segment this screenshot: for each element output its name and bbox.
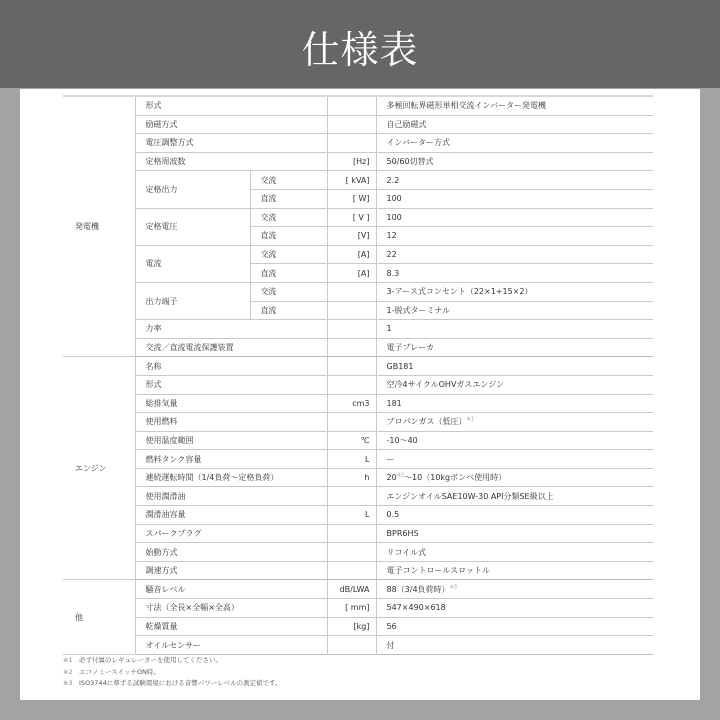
item-label: オイルセンサー bbox=[135, 636, 327, 655]
unit-label bbox=[327, 357, 376, 376]
table-row: 使用温度範囲 ℃ -10～40 bbox=[63, 431, 653, 450]
spec-value: 181 bbox=[376, 394, 653, 413]
footnote: ※2エコノミースイッチON時。 bbox=[63, 667, 282, 679]
spec-value: 0.5 bbox=[376, 506, 653, 525]
item-label: 電流 bbox=[135, 245, 250, 282]
value-text: ～10（10kgボンベ使用時） bbox=[404, 473, 506, 482]
item-label: 形式 bbox=[135, 96, 327, 115]
spec-value: 2.2 bbox=[376, 171, 653, 190]
category-engine: エンジン bbox=[63, 357, 135, 580]
header-banner: 仕様表 bbox=[0, 0, 720, 88]
table-row: 電流 交流 [A] 22 bbox=[63, 245, 653, 264]
spec-value: 100 bbox=[376, 189, 653, 208]
category-other: 他 bbox=[63, 580, 135, 654]
item-label: 出力端子 bbox=[135, 282, 250, 319]
table-row: 調速方式 電子コントロールスロットル bbox=[63, 561, 653, 580]
unit-label: L bbox=[327, 450, 376, 469]
table-row: 乾燥質量 [kg] 56 bbox=[63, 617, 653, 636]
footnote-ref: ※3 bbox=[450, 584, 457, 590]
unit-label bbox=[327, 282, 376, 301]
item-label: 交流／直流電流保護装置 bbox=[135, 338, 327, 357]
spec-value: 56 bbox=[376, 617, 653, 636]
unit-label: [ V ] bbox=[327, 208, 376, 227]
table-row: 電圧調整方式 インバーター方式 bbox=[63, 134, 653, 153]
unit-label: [Hz] bbox=[327, 152, 376, 171]
spec-value: BPR6HS bbox=[376, 524, 653, 543]
unit-label: cm3 bbox=[327, 394, 376, 413]
table-row: 連続運転時間（1/4負荷～定格負荷） h 20※2～10（10kgボンベ使用時） bbox=[63, 468, 653, 487]
footnote-ref: ※2 bbox=[397, 473, 404, 479]
spec-value: 20※2～10（10kgボンベ使用時） bbox=[376, 468, 653, 487]
unit-label: h bbox=[327, 468, 376, 487]
spec-value: 100 bbox=[376, 208, 653, 227]
spec-value: インバーター方式 bbox=[376, 134, 653, 153]
spec-value: 空冷4サイクルOHVガスエンジン bbox=[376, 375, 653, 394]
item-label: 使用潤滑油 bbox=[135, 487, 327, 506]
unit-label: [V] bbox=[327, 227, 376, 246]
item-label: 始動方式 bbox=[135, 543, 327, 562]
table-row: 形式 空冷4サイクルOHVガスエンジン bbox=[63, 375, 653, 394]
table-row: 交流／直流電流保護装置 電子ブレーカ bbox=[63, 338, 653, 357]
table-row: 潤滑油容量 L 0.5 bbox=[63, 506, 653, 525]
unit-label: [A] bbox=[327, 245, 376, 264]
item-label: 名称 bbox=[135, 357, 327, 376]
sub-label: 直流 bbox=[250, 264, 327, 283]
table-row: 定格周波数 [Hz] 50/60切替式 bbox=[63, 152, 653, 171]
footnote-text: エコノミースイッチON時。 bbox=[79, 668, 160, 676]
sub-label: 交流 bbox=[250, 171, 327, 190]
table-row: 寸法（全長×全幅×全高） [ mm] 547×490×618 bbox=[63, 599, 653, 618]
sub-label: 直流 bbox=[250, 189, 327, 208]
spec-value: 88（3/4負荷時）※3 bbox=[376, 580, 653, 599]
spec-value: 3-アース式コンセント（22×1+15×2） bbox=[376, 282, 653, 301]
item-label: 使用温度範囲 bbox=[135, 431, 327, 450]
table-row: 使用潤滑油 エンジンオイルSAE10W-30 API分類SE級以上 bbox=[63, 487, 653, 506]
spec-value: 50/60切替式 bbox=[376, 152, 653, 171]
sub-label: 直流 bbox=[250, 227, 327, 246]
table-row: 定格電圧 交流 [ V ] 100 bbox=[63, 208, 653, 227]
item-label: 定格電圧 bbox=[135, 208, 250, 245]
table-row: 出力端子 交流 3-アース式コンセント（22×1+15×2） bbox=[63, 282, 653, 301]
unit-label: ℃ bbox=[327, 431, 376, 450]
unit-label bbox=[327, 524, 376, 543]
table-row: エンジン 名称 GB181 bbox=[63, 357, 653, 376]
spec-value: リコイル式 bbox=[376, 543, 653, 562]
spec-value: 1-脱式ターミナル bbox=[376, 301, 653, 320]
unit-label: [ kVA] bbox=[327, 171, 376, 190]
spec-value: 22 bbox=[376, 245, 653, 264]
table-row: 他 騒音レベル dB/LWA 88（3/4負荷時）※3 bbox=[63, 580, 653, 599]
spec-value: プロパンガス（低圧）※1 bbox=[376, 413, 653, 432]
item-label: 乾燥質量 bbox=[135, 617, 327, 636]
table-row: スパークプラグ BPR6HS bbox=[63, 524, 653, 543]
sub-label: 交流 bbox=[250, 208, 327, 227]
item-label: 定格周波数 bbox=[135, 152, 327, 171]
unit-label bbox=[327, 115, 376, 134]
value-text: 88（3/4負荷時） bbox=[387, 585, 450, 594]
unit-label bbox=[327, 543, 376, 562]
footnote-mark: ※1 bbox=[63, 655, 79, 667]
unit-label bbox=[327, 487, 376, 506]
item-label: 総排気量 bbox=[135, 394, 327, 413]
footnote: ※1必ず付属のレギュレーターを使用してください。 bbox=[63, 655, 282, 667]
item-label: スパークプラグ bbox=[135, 524, 327, 543]
unit-label bbox=[327, 375, 376, 394]
unit-label: [ mm] bbox=[327, 599, 376, 618]
footnote-mark: ※2 bbox=[63, 667, 79, 679]
spec-value: 8.3 bbox=[376, 264, 653, 283]
table-row: 総排気量 cm3 181 bbox=[63, 394, 653, 413]
spec-table: 発電機 形式 多極回転界磁形単相交流インバーター発電機 励磁方式 自己励磁式 電… bbox=[63, 95, 653, 655]
spec-value: -10～40 bbox=[376, 431, 653, 450]
footnotes: ※1必ず付属のレギュレーターを使用してください。 ※2エコノミースイッチON時。… bbox=[63, 655, 282, 690]
table-row: 発電機 形式 多極回転界磁形単相交流インバーター発電機 bbox=[63, 96, 653, 115]
sub-label: 交流 bbox=[250, 282, 327, 301]
spec-value: エンジンオイルSAE10W-30 API分類SE級以上 bbox=[376, 487, 653, 506]
sub-label: 直流 bbox=[250, 301, 327, 320]
item-label: 電圧調整方式 bbox=[135, 134, 327, 153]
table-row: 始動方式 リコイル式 bbox=[63, 543, 653, 562]
unit-label bbox=[327, 636, 376, 655]
table-row: 定格出力 交流 [ kVA] 2.2 bbox=[63, 171, 653, 190]
unit-label bbox=[327, 134, 376, 153]
item-label: 寸法（全長×全幅×全高） bbox=[135, 599, 327, 618]
spec-value: 自己励磁式 bbox=[376, 115, 653, 134]
item-label: 潤滑油容量 bbox=[135, 506, 327, 525]
value-text: 20 bbox=[387, 473, 397, 482]
item-label: 騒音レベル bbox=[135, 580, 327, 599]
item-label: 力率 bbox=[135, 320, 327, 339]
spec-value: 1 bbox=[376, 320, 653, 339]
spec-value: 電子ブレーカ bbox=[376, 338, 653, 357]
unit-label bbox=[327, 96, 376, 115]
item-label: 形式 bbox=[135, 375, 327, 394]
footnote-text: 必ず付属のレギュレーターを使用してください。 bbox=[79, 656, 222, 664]
item-label: 励磁方式 bbox=[135, 115, 327, 134]
footnote-text: ISO3744に準ずる試験環境における音響パワーレベルの測定値です。 bbox=[79, 679, 282, 687]
unit-label: [kg] bbox=[327, 617, 376, 636]
spec-value: GB181 bbox=[376, 357, 653, 376]
unit-label bbox=[327, 413, 376, 432]
item-label: 定格出力 bbox=[135, 171, 250, 208]
unit-label: L bbox=[327, 506, 376, 525]
unit-label: [A] bbox=[327, 264, 376, 283]
footnote: ※3ISO3744に準ずる試験環境における音響パワーレベルの測定値です。 bbox=[63, 678, 282, 690]
unit-label bbox=[327, 301, 376, 320]
spec-value: 付 bbox=[376, 636, 653, 655]
footnote-mark: ※3 bbox=[63, 678, 79, 690]
spec-value: 電子コントロールスロットル bbox=[376, 561, 653, 580]
item-label: 燃料タンク容量 bbox=[135, 450, 327, 469]
unit-label bbox=[327, 561, 376, 580]
spec-sheet: 発電機 形式 多極回転界磁形単相交流インバーター発電機 励磁方式 自己励磁式 電… bbox=[20, 89, 700, 700]
unit-label bbox=[327, 320, 376, 339]
item-label: 連続運転時間（1/4負荷～定格負荷） bbox=[135, 468, 327, 487]
spec-value: ー bbox=[376, 450, 653, 469]
table-row: 励磁方式 自己励磁式 bbox=[63, 115, 653, 134]
unit-label bbox=[327, 338, 376, 357]
item-label: 使用燃料 bbox=[135, 413, 327, 432]
item-label: 調速方式 bbox=[135, 561, 327, 580]
category-generator: 発電機 bbox=[63, 96, 135, 357]
table-row: 燃料タンク容量 L ー bbox=[63, 450, 653, 469]
footnote-ref: ※1 bbox=[467, 417, 474, 423]
table-row: オイルセンサー 付 bbox=[63, 636, 653, 655]
page-title: 仕様表 bbox=[301, 19, 418, 74]
unit-label: [ W] bbox=[327, 189, 376, 208]
unit-label: dB/LWA bbox=[327, 580, 376, 599]
value-text: プロパンガス（低圧） bbox=[387, 417, 467, 426]
table-row: 使用燃料 プロパンガス（低圧）※1 bbox=[63, 413, 653, 432]
spec-value: 多極回転界磁形単相交流インバーター発電機 bbox=[376, 96, 653, 115]
spec-value: 12 bbox=[376, 227, 653, 246]
table-row: 力率 1 bbox=[63, 320, 653, 339]
spec-value: 547×490×618 bbox=[376, 599, 653, 618]
sub-label: 交流 bbox=[250, 245, 327, 264]
